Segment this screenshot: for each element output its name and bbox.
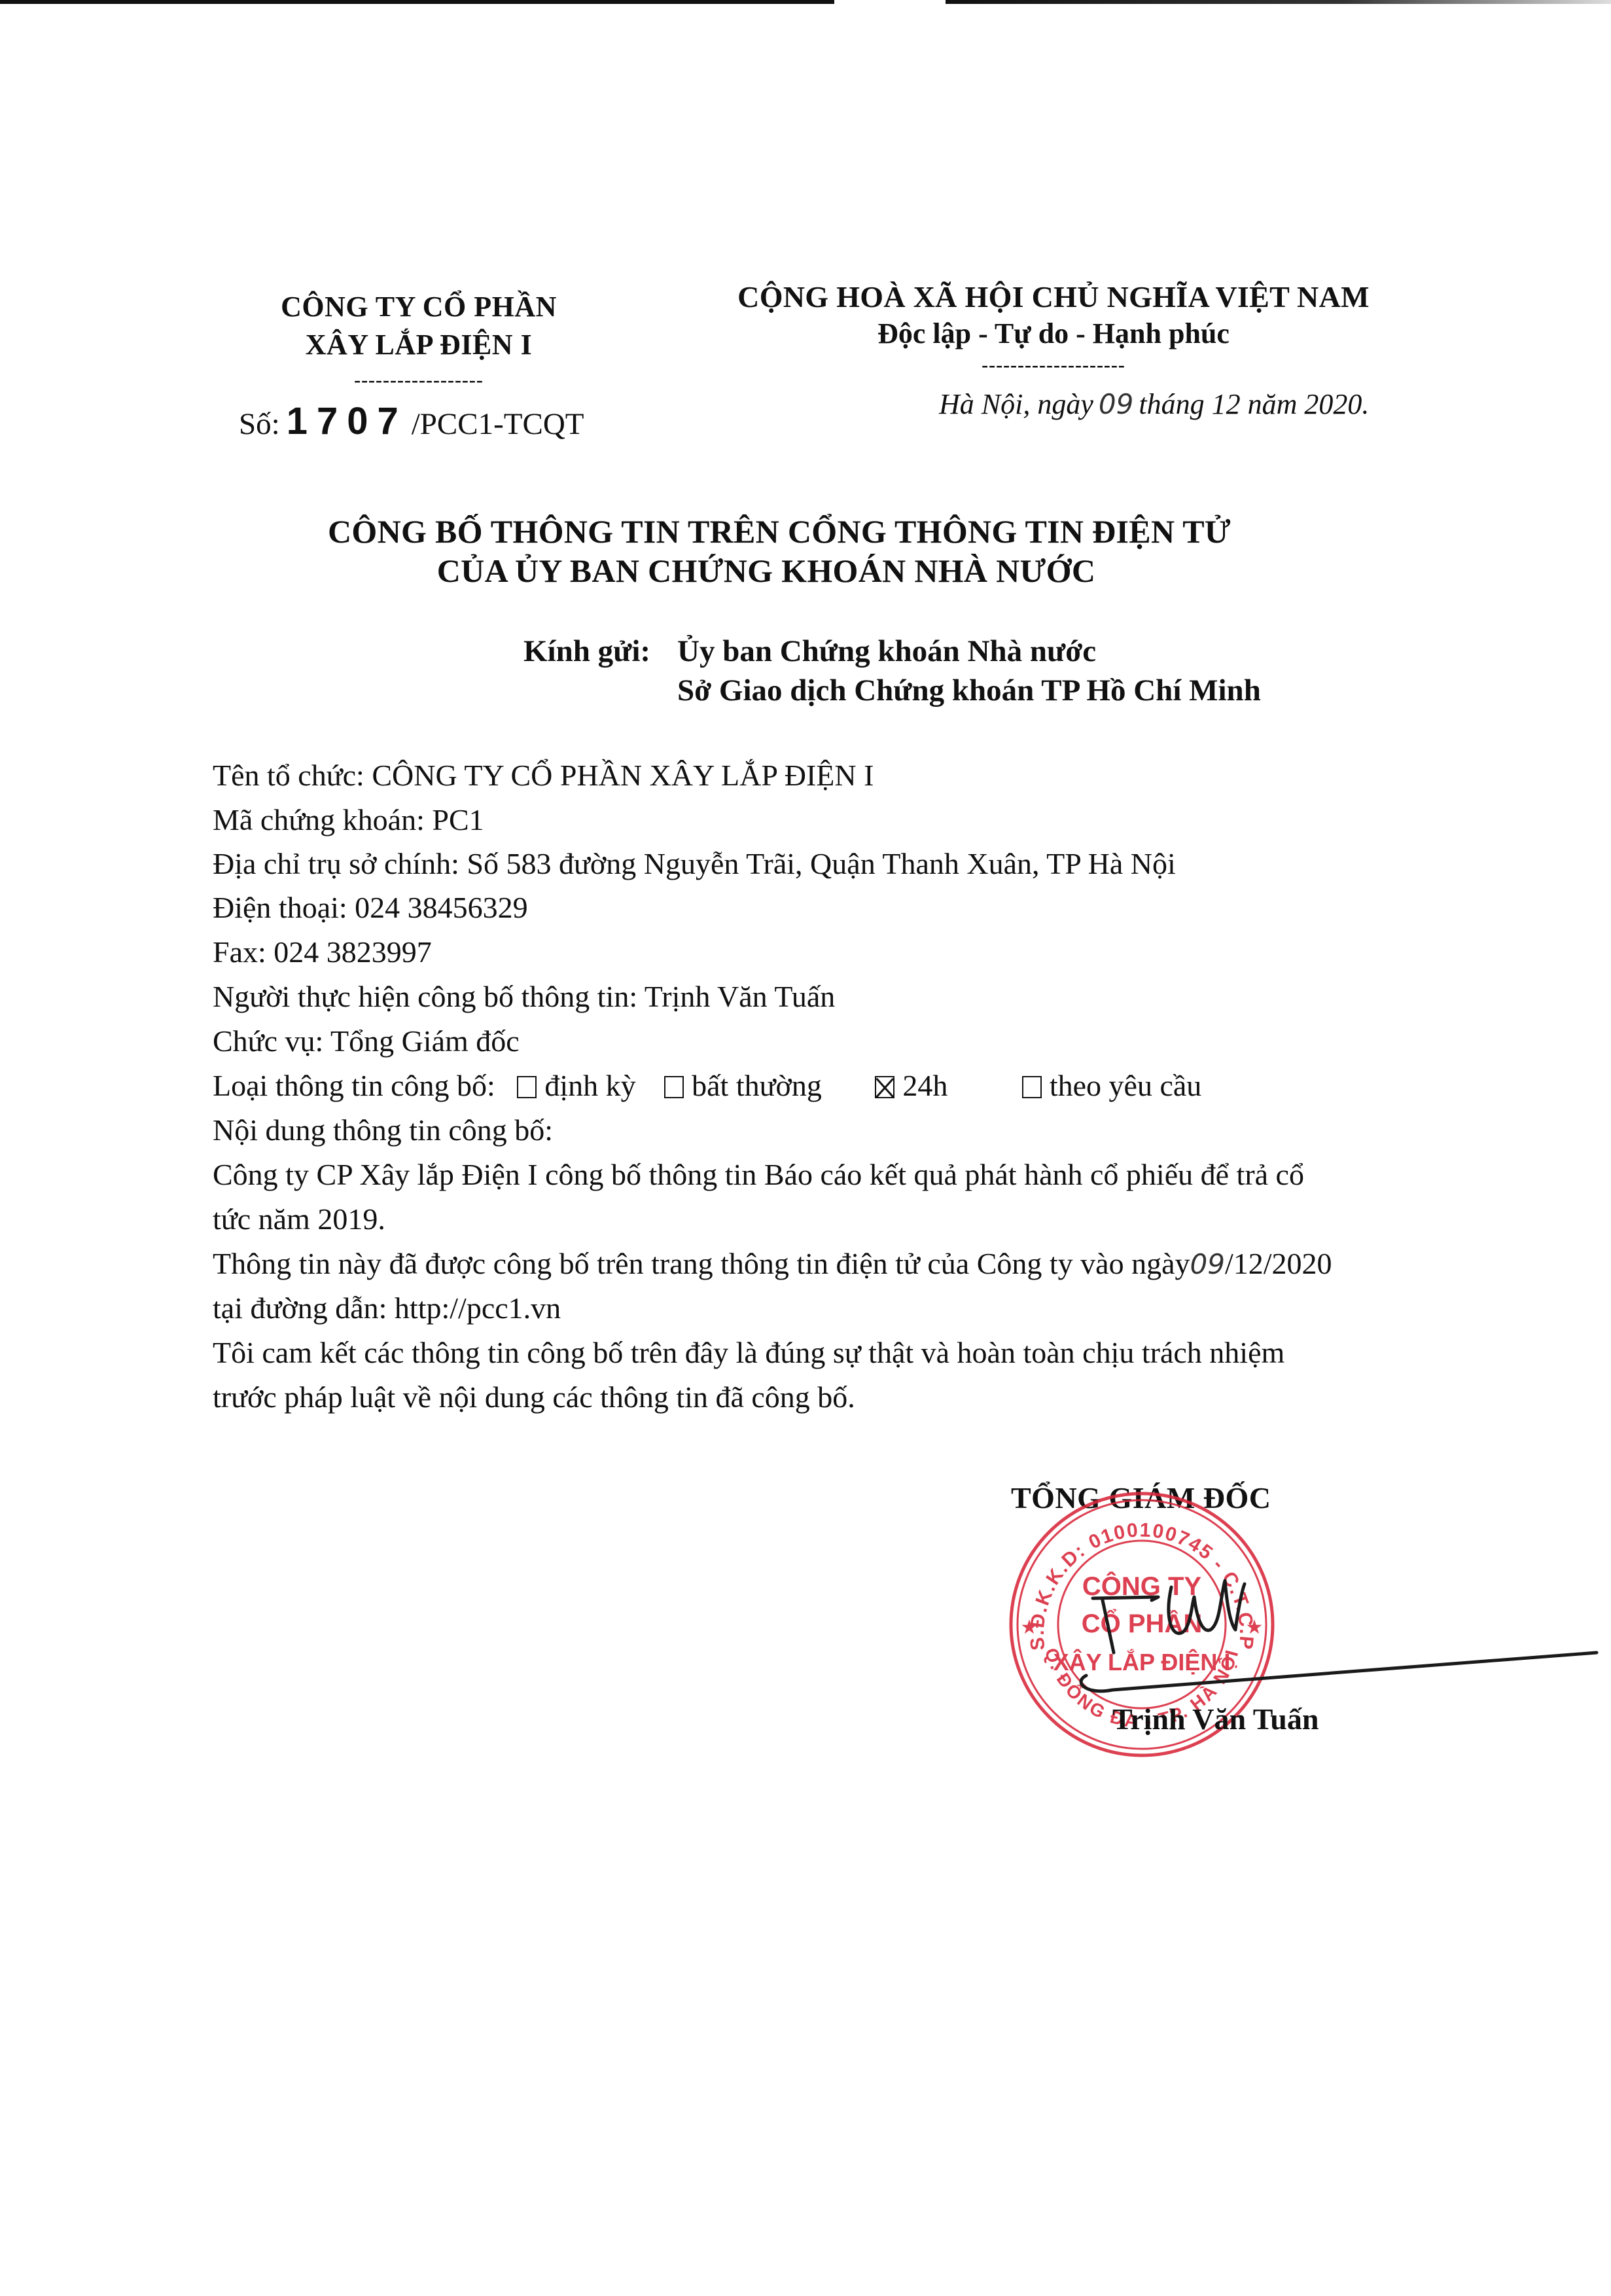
document-date: Hà Nội, ngày09tháng 12 năm 2020. [939, 387, 1369, 421]
national-header: CỘNG HOÀ XÃ HỘI CHỦ NGHĨA VIỆT NAM Độc l… [707, 278, 1400, 375]
date-suffix: tháng 12 năm 2020. [1139, 388, 1369, 420]
number-suffix: /PCC1-TCQT [412, 407, 584, 441]
fax-line: Fax: 024 3823997 [213, 936, 432, 969]
number-value: 1707 [287, 400, 408, 442]
commitment-line1: Tôi cam kết các thông tin công bố trên đ… [213, 1336, 1284, 1369]
option-irregular[interactable]: bất thường [664, 1069, 822, 1102]
issuer-header: CÔNG TY CỔ PHẦN XÂY LẮP ĐIỆN I ---------… [216, 288, 622, 390]
published-day: 09 [1190, 1248, 1225, 1280]
option-label: theo yêu cầu [1050, 1069, 1201, 1102]
content-line1: Công ty CP Xây lắp Điện I công bố thông … [213, 1158, 1304, 1191]
phone-line: Điện thoại: 024 38456329 [213, 891, 528, 924]
document-title-line1: CÔNG BỐ THÔNG TIN TRÊN CỔNG THÔNG TIN ĐI… [0, 512, 1585, 550]
option-label: bất thường [692, 1069, 822, 1102]
published-suffix: /12/2020 [1225, 1247, 1332, 1280]
commitment-line2: trước pháp luật về nội dung các thông ti… [213, 1381, 855, 1414]
option-24h[interactable]: 24h [875, 1069, 947, 1102]
checkbox-unchecked-icon[interactable] [517, 1076, 537, 1098]
info-type-label: Loại thông tin công bố: [213, 1069, 495, 1102]
stock-code-line: Mã chứng khoán: PC1 [213, 804, 484, 836]
svg-text:★: ★ [1021, 1617, 1038, 1638]
recipient-item: Sở Giao dịch Chứng khoán TP Hồ Chí Minh [677, 673, 1261, 708]
recipient-item: Ủy ban Chứng khoán Nhà nước [677, 634, 1096, 669]
org-name-line: Tên tổ chức: CÔNG TY CỔ PHẦN XÂY LẮP ĐIỆ… [213, 759, 874, 792]
scan-edge-left [0, 0, 834, 4]
date-prefix: Hà Nội, ngày [939, 388, 1093, 420]
published-line: Thông tin này đã được công bố trên trang… [213, 1247, 1332, 1281]
option-periodic[interactable]: định kỳ [517, 1069, 635, 1102]
separator: -------------------- [707, 355, 1400, 375]
recipients-label: Kính gửi: [523, 634, 650, 669]
date-day: 09 [1099, 388, 1133, 420]
info-type-line: Loại thông tin công bố: định kỳ bất thườ… [213, 1069, 1201, 1102]
national-motto: Độc lập - Tự do - Hạnh phúc [707, 316, 1400, 351]
content-label: Nội dung thông tin công bố: [213, 1114, 553, 1147]
link-line[interactable]: tại đường dẫn: http://pcc1.vn [213, 1292, 561, 1325]
position-line: Chức vụ: Tổng Giám đốc [213, 1025, 520, 1058]
company-name-line2: XÂY LẮP ĐIỆN I [216, 326, 622, 364]
scan-edge-right [946, 0, 1611, 4]
number-label: Số: [239, 407, 280, 441]
document-number: Số:1707/PCC1-TCQT [239, 399, 584, 443]
option-on-request[interactable]: theo yêu cầu [1022, 1069, 1201, 1102]
checkbox-unchecked-icon[interactable] [1022, 1076, 1042, 1098]
discloser-line: Người thực hiện công bố thông tin: Trịnh… [213, 980, 835, 1013]
document-title-line2: CỦA ỦY BAN CHỨNG KHOÁN NHÀ NƯỚC [0, 552, 1572, 590]
separator: ------------------ [216, 370, 622, 390]
published-prefix: Thông tin này đã được công bố trên trang… [213, 1247, 1190, 1280]
nation-name: CỘNG HOÀ XÃ HỘI CHỦ NGHĨA VIỆT NAM [707, 278, 1400, 316]
option-label: định kỳ [544, 1069, 635, 1102]
checkbox-checked-icon[interactable] [875, 1076, 894, 1098]
checkbox-unchecked-icon[interactable] [664, 1076, 684, 1098]
address-line: Địa chỉ trụ sở chính: Số 583 đường Nguyễ… [213, 848, 1176, 880]
company-name-line1: CÔNG TY CỔ PHẦN [216, 288, 622, 326]
option-label: 24h [902, 1069, 947, 1102]
content-line2: tức năm 2019. [213, 1203, 385, 1236]
handwritten-signature-icon [1073, 1538, 1610, 1734]
